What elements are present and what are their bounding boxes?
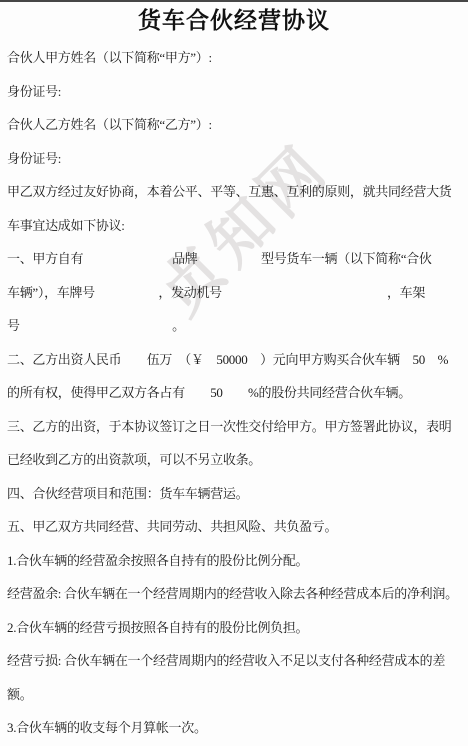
document-line: 经营盈余: 合伙车辆在一个经营周期内的经营收入除去各种经营成本后的净利润。 bbox=[7, 577, 461, 611]
agreement-document-page: 货车合伙经营协议 贞知网 合伙人甲方姓名（以下简称“甲方”）:身份证号:合伙人乙… bbox=[0, 0, 468, 746]
document-line: 甲乙双方经过友好协商，本着公平、平等、互惠、互利的原则，就共同经营大货 bbox=[7, 175, 461, 209]
top-border-line bbox=[0, 0, 468, 2]
document-line: 1.合伙车辆的经营盈余按照各自持有的股份比例分配。 bbox=[7, 544, 461, 578]
document-line: 经营亏损: 合伙车辆在一个经营周期内的经营收入不足以支付各种经营成本的差 bbox=[7, 644, 461, 678]
document-line: 合伙人乙方姓名（以下简称“乙方”）: bbox=[7, 108, 461, 142]
document-line: 号 。 bbox=[7, 309, 461, 343]
document-line: 已经收到乙方的出资款项，可以不另立收条。 bbox=[7, 443, 461, 477]
document-line: 四、合伙经营项目和范围：货车车辆营运。 bbox=[7, 477, 461, 511]
document-line: 身份证号: bbox=[7, 142, 461, 176]
document-line: 一、甲方自有 品牌 型号货车一辆（以下简称“合伙 bbox=[7, 242, 461, 276]
document-line: 3.合伙车辆的收支每个月算帐一次。 bbox=[7, 711, 461, 745]
document-line: 的所有权，使得甲乙双方各占有 50 %的股份共同经营合伙车辆。 bbox=[7, 376, 461, 410]
document-line: 身份证号: bbox=[7, 75, 461, 109]
document-title: 货车合伙经营协议 bbox=[0, 0, 468, 35]
document-line: 车事宜达成如下协议: bbox=[7, 209, 461, 243]
document-line: 合伙人甲方姓名（以下简称“甲方”）: bbox=[7, 41, 461, 75]
document-line: 五、甲乙双方共同经营、共同劳动、共担风险、共负盈亏。 bbox=[7, 510, 461, 544]
document-line: 车辆”），车牌号 ，发动机号 ，车架 bbox=[7, 276, 461, 310]
document-line: 额。 bbox=[7, 678, 461, 712]
document-line: 2.合伙车辆的经营亏损按照各自持有的股份比例负担。 bbox=[7, 611, 461, 645]
document-line: 二、乙方出资人民币 伍万 （￥ 50000 ）元向甲方购买合伙车辆 50 % bbox=[7, 343, 461, 377]
document-body: 合伙人甲方姓名（以下简称“甲方”）:身份证号:合伙人乙方姓名（以下简称“乙方”）… bbox=[7, 41, 461, 745]
document-line: 三、乙方的出资，于本协议签订之日一次性交付给甲方。甲方签署此协议，表明 bbox=[7, 410, 461, 444]
